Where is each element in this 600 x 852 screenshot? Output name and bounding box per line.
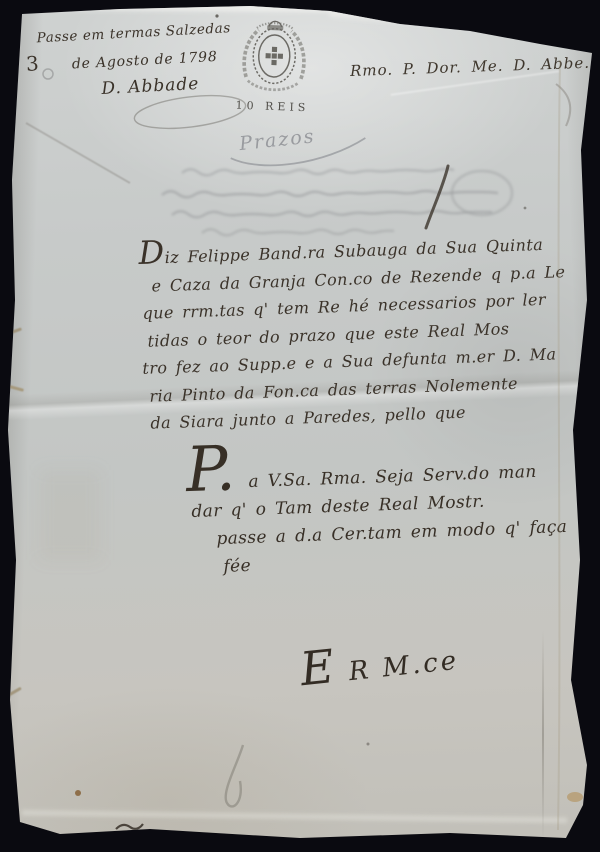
petition-body: Diz Felippe Band.ra Subauga da Sua Quint… [138,224,593,437]
docket-top-right: Rmo. P. Dor. Me. D. Abbe. [350,54,582,80]
docket-date-day: 3 [25,51,39,76]
royal-coat-of-arms-icon [227,12,322,99]
manuscript-paper: Passe em termas Salzedas 3 de Agosto de … [0,0,600,852]
torn-edge-highlight [329,10,597,38]
pencil-note: Prazos [238,119,378,175]
paper-fold-line [542,630,544,840]
paper-crease [40,470,100,560]
petition-request: P. a V.Sa. Rma. Seja Serv.do man dar q' … [190,456,594,582]
stamp-value: 10 REIS [220,98,324,115]
revenue-stamp: 10 REIS [220,12,327,115]
binding-fiber [2,383,24,392]
binding-fiber [6,327,22,335]
photo-frame: Passe em termas Salzedas 3 de Agosto de … [0,0,600,852]
paper-crease [26,122,131,184]
torn-edge-highlight [15,3,345,12]
docket-date-text: de Agosto de 1798 [72,49,218,73]
initial-letter: P. [186,454,237,484]
bottom-edge-highlight [22,810,567,823]
closing-signature: E R M.ce [298,626,461,696]
binding-fiber [8,687,22,697]
